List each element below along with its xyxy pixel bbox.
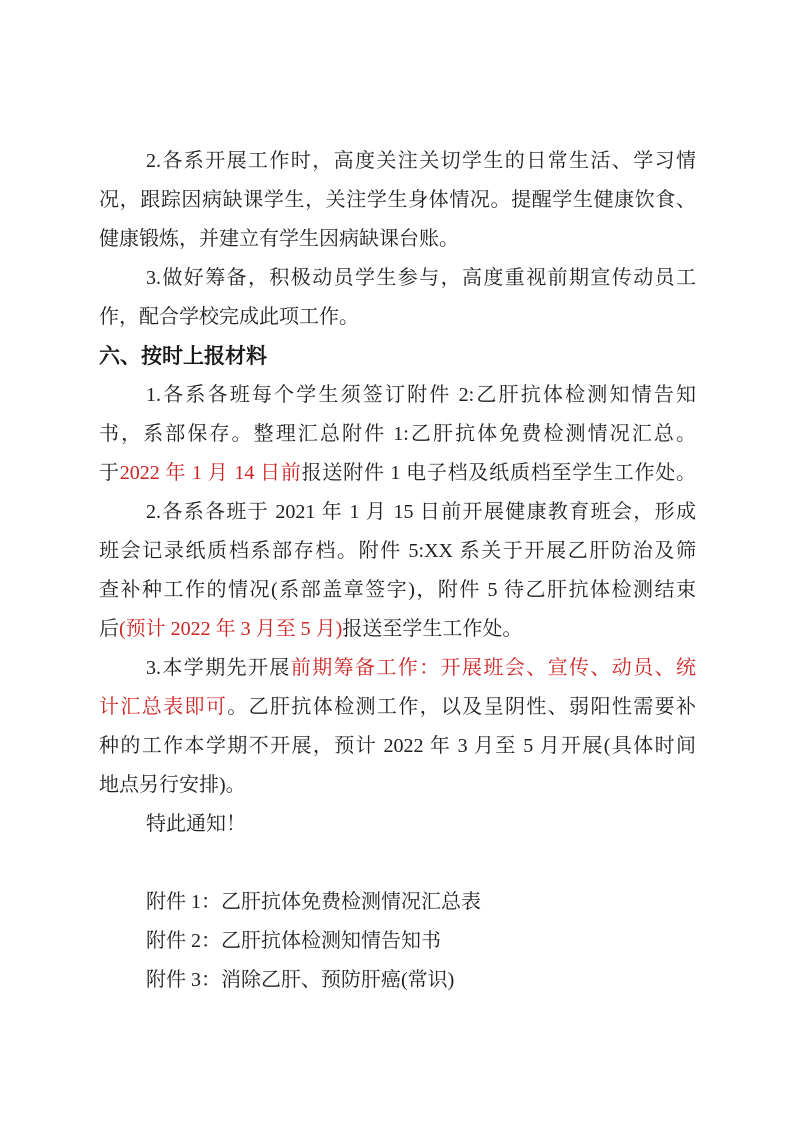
paragraph-line: 3.做好筹备，积极动员学生参与，高度重视前期宣传动员工 <box>99 259 696 298</box>
attachment-list-item: 附件 2：乙肝抗体检测知情告知书 <box>99 922 696 961</box>
text-run: 3.本学期先开展 <box>146 657 291 679</box>
paragraph-line: 班会记录纸质档系部存档。附件 5:XX 系关于开展乙肝防治及筛 <box>99 532 696 571</box>
paragraph-line: 书，系部保存。整理汇总附件 1:乙肝抗体免费检测情况汇总。 <box>99 415 696 454</box>
paragraph-line: 于2022 年 1 月 14 日前报送附件 1 电子档及纸质档至学生工作处。 <box>99 454 696 493</box>
text-run: 后 <box>99 618 119 640</box>
deadline-date-red-text: 2022 年 1 月 14 日前 <box>120 462 302 484</box>
notice-closing-line: 特此通知！ <box>99 805 696 844</box>
paragraph-line: 健康锻炼，并建立有学生因病缺课台账。 <box>99 220 696 259</box>
paragraph-line: 1.各系各班每个学生须签订附件 2:乙肝抗体检测知情告知 <box>99 376 696 415</box>
preparation-work-red-text: 前期筹备工作：开展班会、宣传、动员、统 <box>291 657 696 679</box>
paragraph-line: 况，跟踪因病缺课学生，关注学生身体情况。提醒学生健康饮食、 <box>99 181 696 220</box>
text-run: 于 <box>99 462 120 484</box>
paragraph-line: 后(预计 2022 年 3 月至 5 月)报送至学生工作处。 <box>99 610 696 649</box>
text-run: 报送附件 1 电子档及纸质档至学生工作处。 <box>302 462 696 484</box>
text-run: 。乙肝抗体检测工作，以及呈阴性、弱阳性需要补 <box>227 696 696 718</box>
section-heading: 六、按时上报材料 <box>99 337 696 376</box>
estimated-period-red-text: (预计 2022 年 3 月至 5 月) <box>119 618 342 640</box>
paragraph-line: 查补种工作的情况(系部盖章签字)，附件 5 待乙肝抗体检测结束 <box>99 571 696 610</box>
paragraph-line: 种的工作本学期不开展，预计 2022 年 3 月至 5 月开展(具体时间 <box>99 727 696 766</box>
text-run: 报送至学生工作处。 <box>342 618 522 640</box>
paragraph-line: 3.本学期先开展前期筹备工作：开展班会、宣传、动员、统 <box>99 649 696 688</box>
document-page: 2.各系开展工作时，高度关注关切学生的日常生活、学习情 况，跟踪因病缺课学生，关… <box>0 0 793 1122</box>
attachment-list-item: 附件 1：乙肝抗体免费检测情况汇总表 <box>99 883 696 922</box>
preparation-work-red-text: 计汇总表即可 <box>99 696 227 718</box>
paragraph-line: 作，配合学校完成此项工作。 <box>99 298 696 337</box>
blank-line <box>99 844 696 883</box>
paragraph-line: 2.各系各班于 2021 年 1 月 15 日前开展健康教育班会，形成 <box>99 493 696 532</box>
paragraph-line: 计汇总表即可。乙肝抗体检测工作，以及呈阴性、弱阳性需要补 <box>99 688 696 727</box>
attachment-list-item: 附件 3：消除乙肝、预防肝癌(常识) <box>99 961 696 1000</box>
document-content: 2.各系开展工作时，高度关注关切学生的日常生活、学习情 况，跟踪因病缺课学生，关… <box>99 142 696 1000</box>
paragraph-line: 2.各系开展工作时，高度关注关切学生的日常生活、学习情 <box>99 142 696 181</box>
paragraph-line: 地点另行安排)。 <box>99 766 696 805</box>
